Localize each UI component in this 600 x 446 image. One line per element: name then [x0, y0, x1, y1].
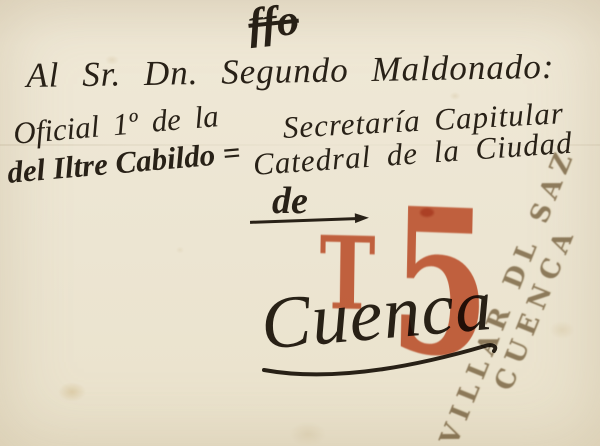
letter-cover-photo: ffo Al Sr. Dn. Segundo Maldonado: Oficia… — [0, 0, 600, 446]
red-ink-smudge — [420, 208, 434, 217]
address-line4-de: de — [272, 182, 308, 222]
address-line1: Al Sr. Dn. Segundo Maldonado: — [26, 49, 555, 95]
franking-mark: ffo — [246, 0, 301, 48]
